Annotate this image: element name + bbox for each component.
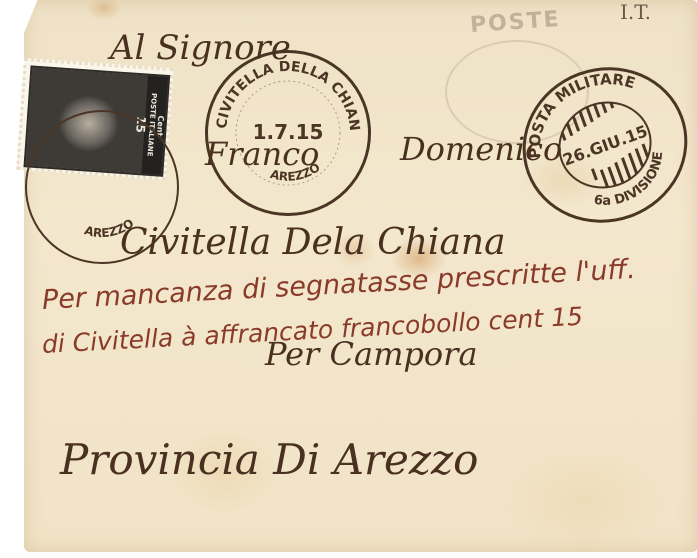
address-province: Provincia Di Arezzo — [60, 435, 478, 484]
address-town: Civitella Dela Chiana — [120, 222, 506, 263]
postmark-civitella: CIVITELLA DELLA CHIANA AREZZO 1.7.15 — [205, 50, 371, 216]
address-last-name: Domenico — [400, 130, 562, 168]
corner-marking: I.T. — [620, 0, 651, 24]
postmark-militare-date: 26.GIU.15 — [560, 121, 650, 169]
address-salutation: Al Signore — [110, 28, 291, 68]
address-first-name: Franco — [205, 135, 319, 173]
